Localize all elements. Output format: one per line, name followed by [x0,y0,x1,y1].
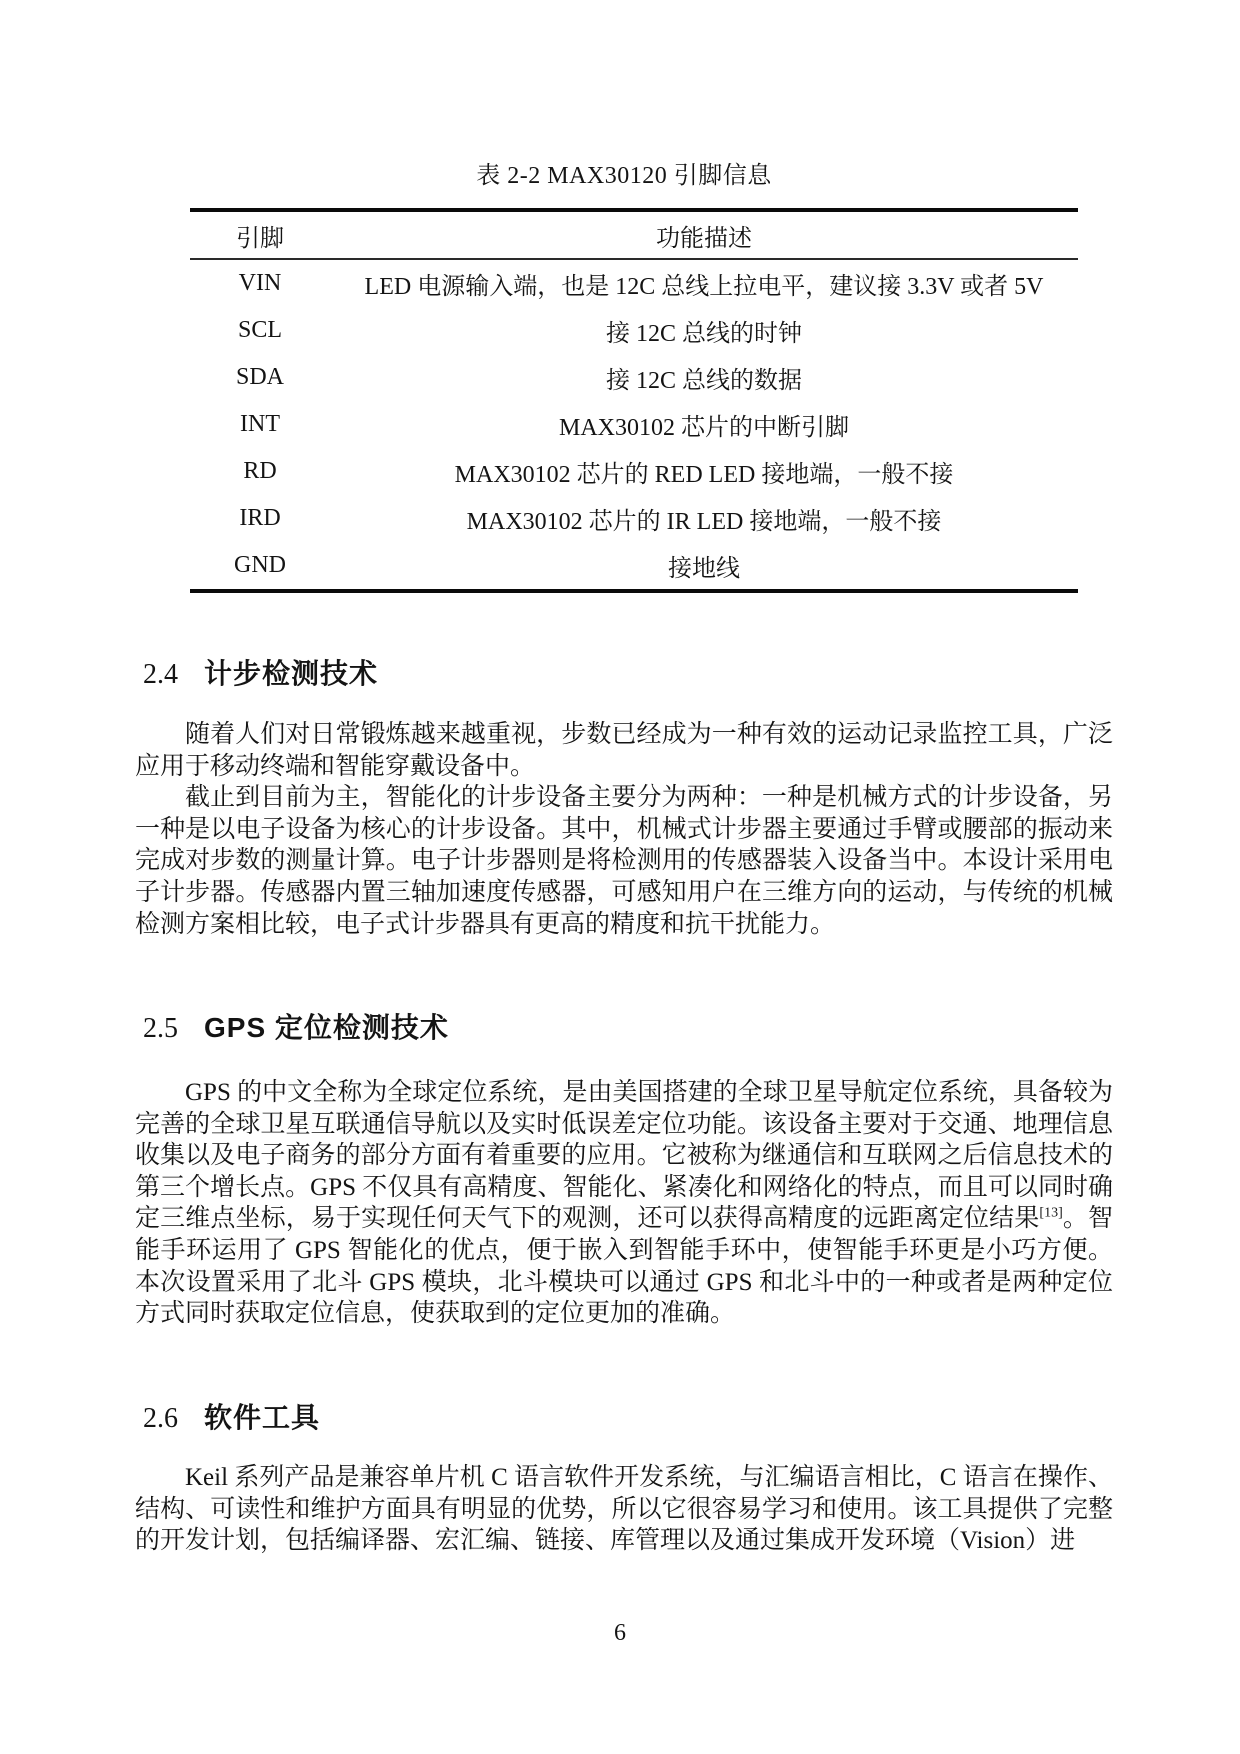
desc-cell: 接地线 [330,548,1078,583]
section-title: 计步检测技术 [204,658,378,689]
table-row: VIN LED 电源输入端，也是 12C 总线上拉电平，建议接 3.3V 或者 … [190,260,1078,307]
desc-cell: LED 电源输入端，也是 12C 总线上拉电平，建议接 3.3V 或者 5V [330,266,1078,301]
section-2-5-body: GPS 的中文全称为全球定位系统，是由美国搭建的全球卫星导航定位系统，具备较为完… [135,1077,1113,1330]
pin-cell: IRD [190,505,330,532]
pin-cell: SCL [190,317,330,344]
table-row: GND 接地线 [190,542,1078,589]
desc-cell: 接 12C 总线的数据 [330,360,1078,395]
section-heading-2-6: 2.6软件工具 [143,1396,320,1432]
desc-cell: MAX30102 芯片的 RED LED 接地端，一般不接 [330,454,1078,489]
page-number: 6 [0,1620,1240,1647]
section-2-4-body: 随着人们对日常锻炼越来越重视，步数已经成为一种有效的运动记录监控工具，广泛应用于… [135,719,1113,940]
pin-cell: RD [190,458,330,485]
section-number: 2.5 [143,1013,178,1044]
paragraph: Keil 系列产品是兼容单片机 C 语言软件开发系统，与汇编语言相比，C 语言在… [135,1462,1113,1557]
document-page: 表 2-2 MAX30120 引脚信息 引脚 功能描述 VIN LED 电源输入… [0,0,1240,1754]
paragraph: 截止到目前为主，智能化的计步设备主要分为两种：一种是机械方式的计步设备，另一种是… [135,782,1113,940]
table-row: IRD MAX30102 芯片的 IR LED 接地端，一般不接 [190,495,1078,542]
paragraph: GPS 的中文全称为全球定位系统，是由美国搭建的全球卫星导航定位系统，具备较为完… [135,1077,1113,1330]
table-row: SDA 接 12C 总线的数据 [190,354,1078,401]
column-header-desc: 功能描述 [330,218,1078,253]
table-caption: 表 2-2 MAX30120 引脚信息 [135,155,1113,190]
pin-cell: GND [190,552,330,579]
section-title: GPS 定位检测技术 [204,1012,449,1043]
pin-table: 引脚 功能描述 VIN LED 电源输入端，也是 12C 总线上拉电平，建议接 … [190,208,1078,593]
pin-cell: INT [190,411,330,438]
pin-cell: VIN [190,270,330,297]
paragraph-text: GPS 的中文全称为全球定位系统，是由美国搭建的全球卫星导航定位系统，具备较为完… [135,1079,1113,1232]
section-number: 2.6 [143,1403,178,1434]
paragraph: 随着人们对日常锻炼越来越重视，步数已经成为一种有效的运动记录监控工具，广泛应用于… [135,719,1113,782]
section-number: 2.4 [143,659,178,690]
citation-ref: [13] [1039,1206,1062,1221]
section-title: 软件工具 [204,1402,320,1433]
desc-cell: MAX30102 芯片的 IR LED 接地端，一般不接 [330,501,1078,536]
table-row: INT MAX30102 芯片的中断引脚 [190,401,1078,448]
column-header-pin: 引脚 [190,218,330,253]
section-heading-2-5: 2.5GPS 定位检测技术 [143,1006,449,1042]
pin-cell: SDA [190,364,330,391]
desc-cell: 接 12C 总线的时钟 [330,313,1078,348]
table-row: SCL 接 12C 总线的时钟 [190,307,1078,354]
table-row: RD MAX30102 芯片的 RED LED 接地端，一般不接 [190,448,1078,495]
section-heading-2-4: 2.4计步检测技术 [143,652,378,688]
desc-cell: MAX30102 芯片的中断引脚 [330,407,1078,442]
table-header-row: 引脚 功能描述 [190,212,1078,260]
section-2-6-body: Keil 系列产品是兼容单片机 C 语言软件开发系统，与汇编语言相比，C 语言在… [135,1462,1113,1557]
